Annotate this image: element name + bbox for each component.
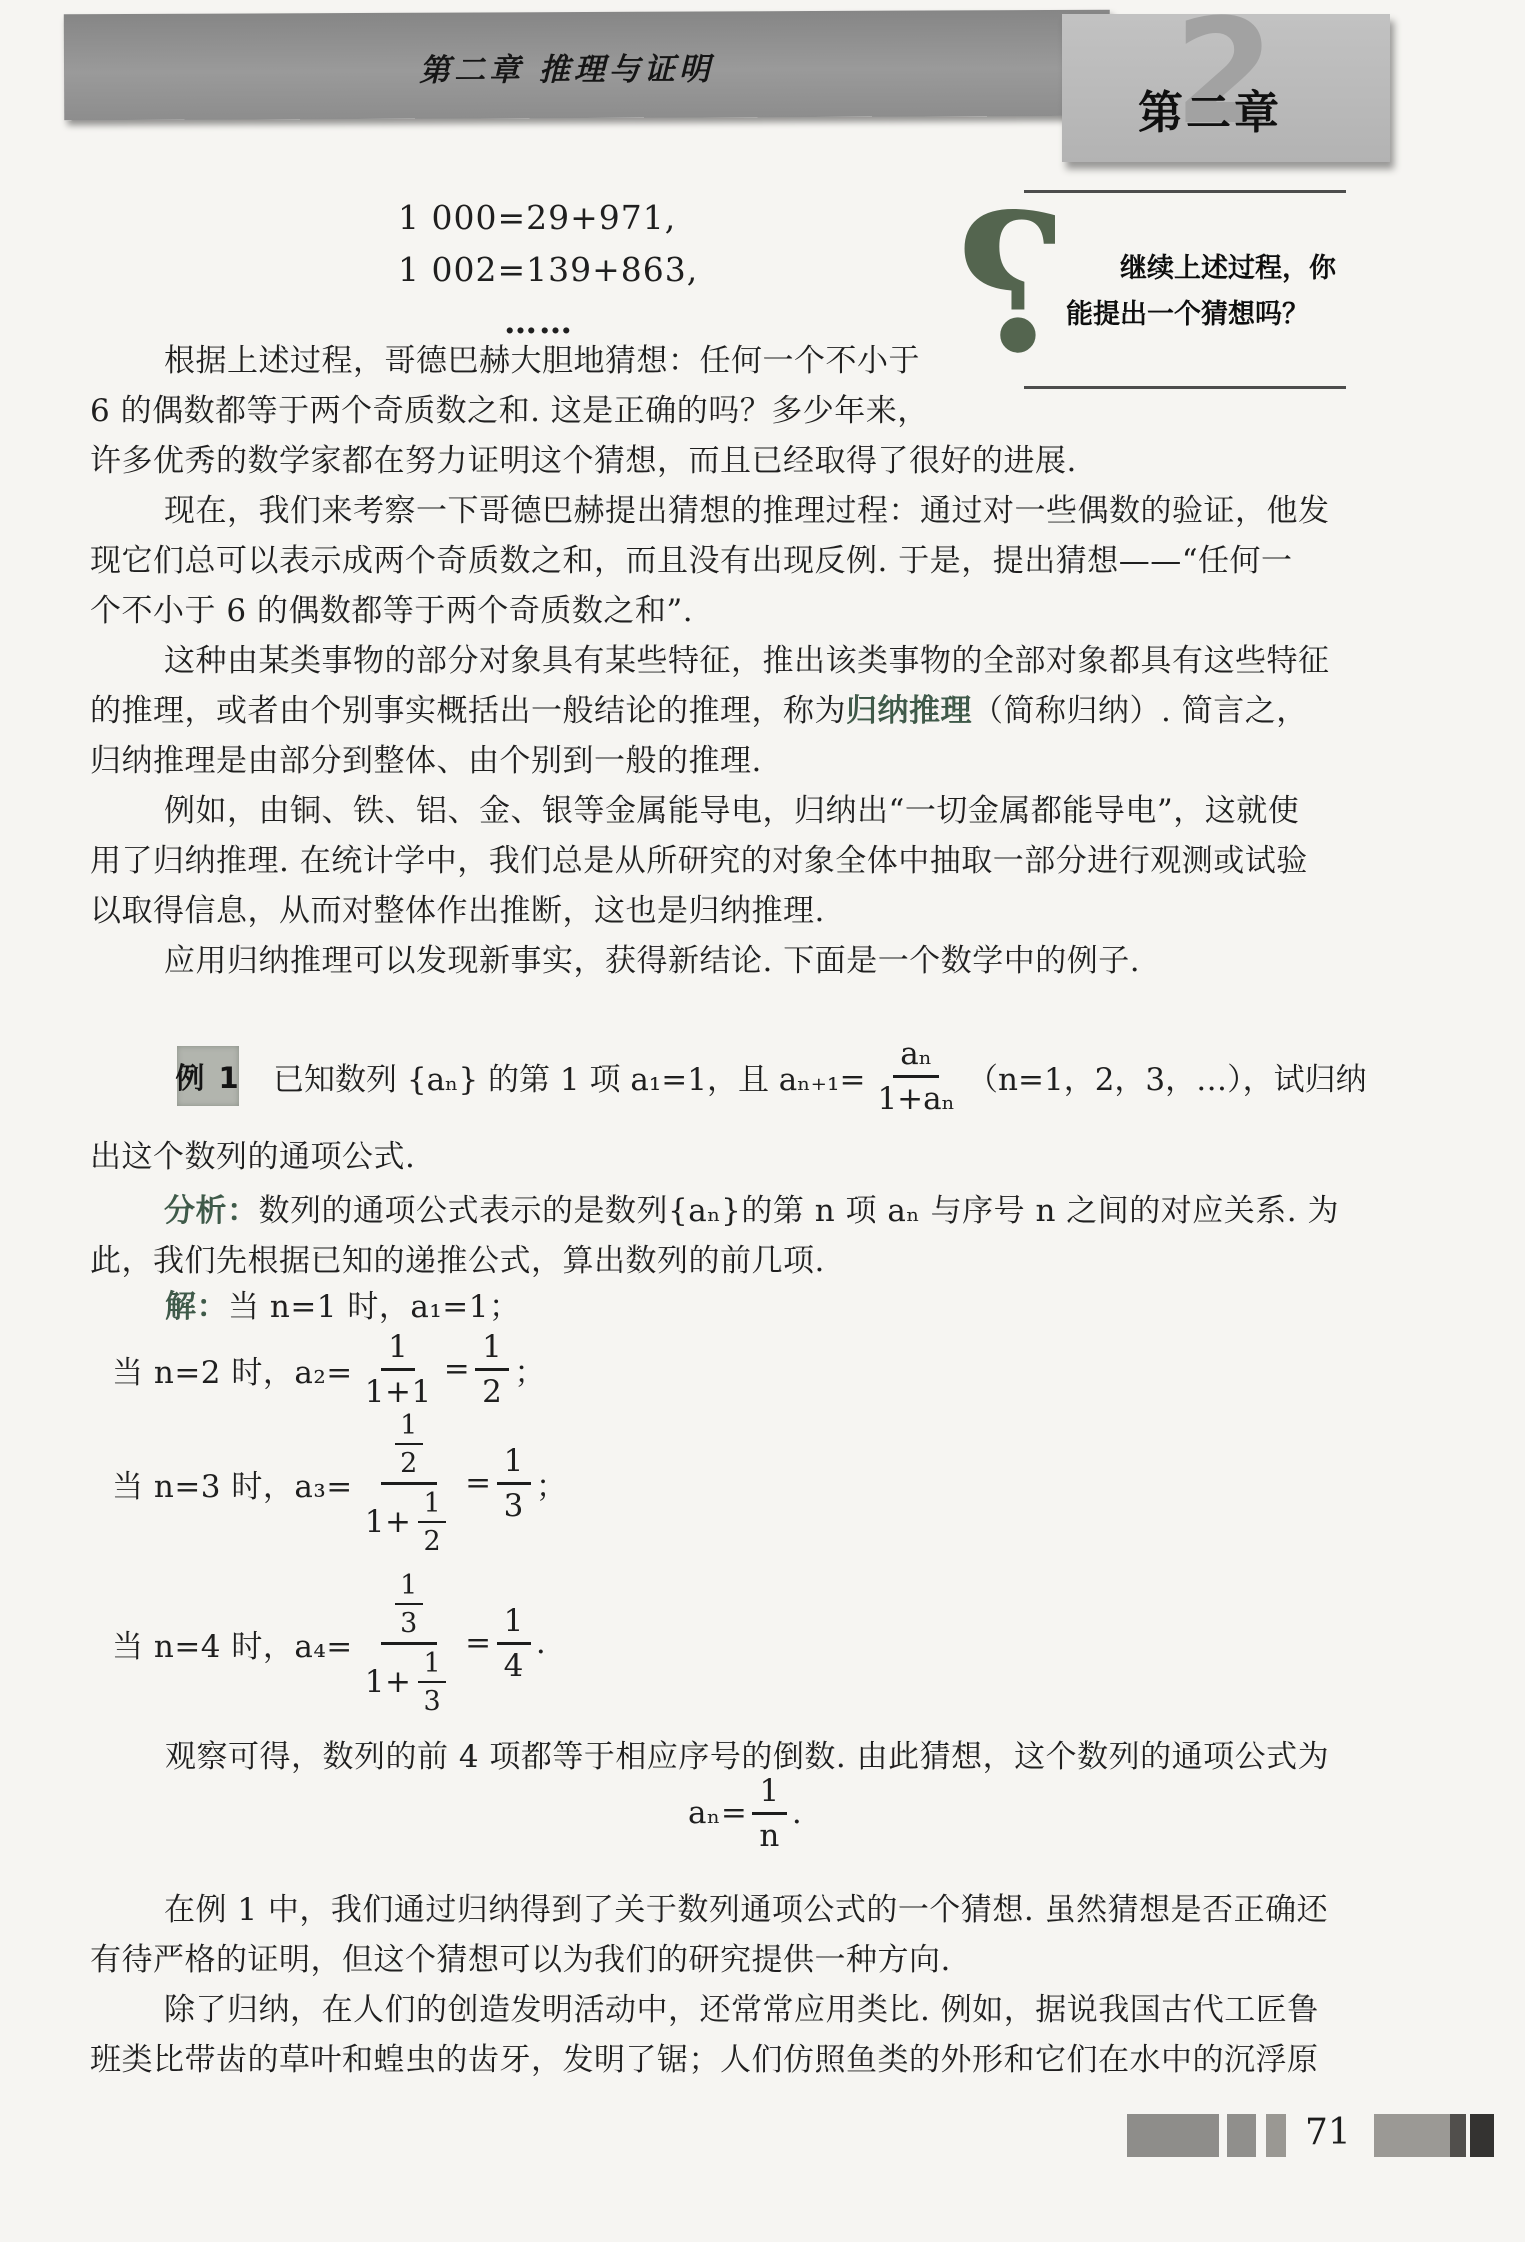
nested-fraction: 1 3 1+ 1 3	[358, 1570, 460, 1717]
recurrence-fraction: aₙ 1+aₙ	[870, 1036, 962, 1117]
text-line: 许多优秀的数学家都在努力证明这个猜想，而且已经取得了很好的进展.	[90, 436, 1490, 486]
fraction: 1 3	[416, 1648, 448, 1717]
fraction: 1 2	[416, 1488, 448, 1557]
conjecture-formula: aₙ= 1 n .	[688, 1782, 802, 1844]
solution-line-n1: 解：当 n=1 时，a₁=1；	[165, 1288, 520, 1326]
footer-decor-block	[1450, 2114, 1466, 2157]
fraction: 1 2	[393, 1410, 425, 1479]
example-badge: 例 1	[177, 1046, 239, 1106]
text-line: 有待严格的证明，但这个猜想可以为我们的研究提供一种方向.	[90, 1935, 1490, 1985]
text-line: 除了归纳，在人们的创造发明活动中，还常常应用类比. 例如，据说我国古代工匠鲁	[90, 1985, 1490, 2035]
text-line: 6 的偶数都等于两个奇质数之和. 这是正确的吗？多少年来，	[90, 386, 1490, 436]
text-line: 班类比带齿的草叶和蝗虫的齿牙，发明了锯；人们仿照鱼类的外形和它们在水中的沉浮原	[90, 2035, 1490, 2085]
example-intro-pre: 已知数列 {aₙ} 的第 1 项 a₁=1，且 aₙ₊₁=	[273, 1054, 865, 1099]
text-line: 以取得信息，从而对整体作出推断，这也是归纳推理.	[90, 886, 1490, 936]
footer-decor-block	[1470, 2114, 1494, 2157]
equation-line: 1 002=139+863,	[398, 244, 698, 296]
text-line: 的推理，或者由个别事实概括出一般结论的推理，称为归纳推理（简称归纳）. 简言之，	[90, 686, 1490, 736]
solution-step-n4: 当 n=4 时，a₄= 1 3 1+ 1 3 = 1 4 .	[112, 1577, 546, 1709]
footer-decor-block	[1374, 2114, 1450, 2157]
text-line: 根据上述过程，哥德巴赫大胆地猜想：任何一个不小于	[90, 336, 1490, 386]
aside-top-rule	[1024, 190, 1346, 193]
text-line: 应用归纳推理可以发现新事实，获得新结论. 下面是一个数学中的例子.	[90, 936, 1490, 986]
textbook-page: 第二章 推理与证明 2 第二章 ? 继续上述过程，你能提出一个猜想吗？ 1 00…	[0, 0, 1525, 2242]
aside-text-line: 能提出一个猜想吗？	[1066, 292, 1386, 338]
chapter-tab: 2 第二章	[1062, 14, 1390, 162]
observation-line: 观察可得，数列的前 4 项都等于相应序号的倒数. 由此猜想，这个数列的通项公式为	[165, 1738, 1329, 1776]
text-line: 这种由某类事物的部分对象具有某些特征，推出该类事物的全部对象都具有这些特征	[90, 636, 1490, 686]
text-line: 分析：数列的通项公式表示的是数列{aₙ}的第 n 项 aₙ 与序号 n 之间的对…	[90, 1186, 1490, 1236]
text-line: 用了归纳推理. 在统计学中，我们总是从所研究的对象全体中抽取一部分进行观测或试验	[90, 836, 1490, 886]
fraction-result: 1 4	[497, 1603, 531, 1684]
footer-decor-block	[1227, 2114, 1256, 2157]
solution-label: 解：	[165, 1289, 228, 1325]
text-line: 在例 1 中，我们通过归纳得到了关于数列通项公式的一个猜想. 虽然猜想是否正确还	[90, 1885, 1490, 1935]
analysis-paragraph: 分析：数列的通项公式表示的是数列{aₙ}的第 n 项 aₙ 与序号 n 之间的对…	[90, 1186, 1490, 1286]
chapter-header-bar: 第二章 推理与证明	[64, 10, 1110, 121]
footer-decor-block	[1266, 2114, 1286, 2157]
example-intro-post: （n=1，2，3，…），试归纳	[967, 1054, 1367, 1099]
text-line: 归纳推理是由部分到整体、由个别到一般的推理.	[90, 736, 1490, 786]
example-intro-line2: 出这个数列的通项公式.	[90, 1138, 415, 1176]
fraction: 1 3	[393, 1570, 425, 1639]
aside-question-text: 继续上述过程，你能提出一个猜想吗？	[1066, 246, 1386, 338]
fraction-result: 1 3	[497, 1443, 531, 1524]
text-line: 现在，我们来考察一下哥德巴赫提出猜想的推理过程：通过对一些偶数的验证，他发	[90, 486, 1490, 536]
text-line: 例如，由铜、铁、铝、金、银等金属能导电，归纳出“一切金属都能导电”，这就使	[90, 786, 1490, 836]
chapter-tab-label: 第二章	[1138, 76, 1282, 141]
goldbach-equations: 1 000=29+971,1 002=139+863,……	[398, 192, 698, 348]
text-line: 现它们总可以表示成两个奇质数之和，而且没有出现反例. 于是，提出猜想——“任何一	[90, 536, 1490, 586]
fraction: 1 n	[752, 1773, 786, 1854]
body-paragraphs-top: 根据上述过程，哥德巴赫大胆地猜想：任何一个不小于6 的偶数都等于两个奇质数之和.…	[90, 336, 1490, 986]
nested-fraction: 1 2 1+ 1 2	[358, 1410, 460, 1557]
chapter-bar-title: 第二章 推理与证明	[419, 43, 714, 89]
fraction: 1 1+1	[358, 1329, 439, 1410]
body-paragraphs-bottom: 在例 1 中，我们通过归纳得到了关于数列通项公式的一个猜想. 虽然猜想是否正确还…	[90, 1885, 1490, 2085]
example-1-row: 例 1 已知数列 {aₙ} 的第 1 项 a₁=1，且 aₙ₊₁= aₙ 1+a…	[177, 1030, 1367, 1122]
text-line: 个不小于 6 的偶数都等于两个奇质数之和”.	[90, 586, 1490, 636]
aside-text-line: 继续上述过程，你	[1066, 246, 1386, 292]
page-number: 71	[1305, 2112, 1351, 2153]
solution-step-n2: 当 n=2 时，a₂= 1 1+1 = 1 2 ；	[112, 1335, 546, 1403]
fraction-result: 1 2	[475, 1329, 509, 1410]
equation-line: 1 000=29+971,	[398, 192, 698, 244]
footer-decor-block	[1127, 2114, 1219, 2157]
text-line: 此，我们先根据已知的递推公式，算出数列的前几项.	[90, 1236, 1490, 1286]
solution-step-n3: 当 n=3 时，a₃= 1 2 1+ 1 2 = 1 3 ；	[112, 1417, 567, 1549]
